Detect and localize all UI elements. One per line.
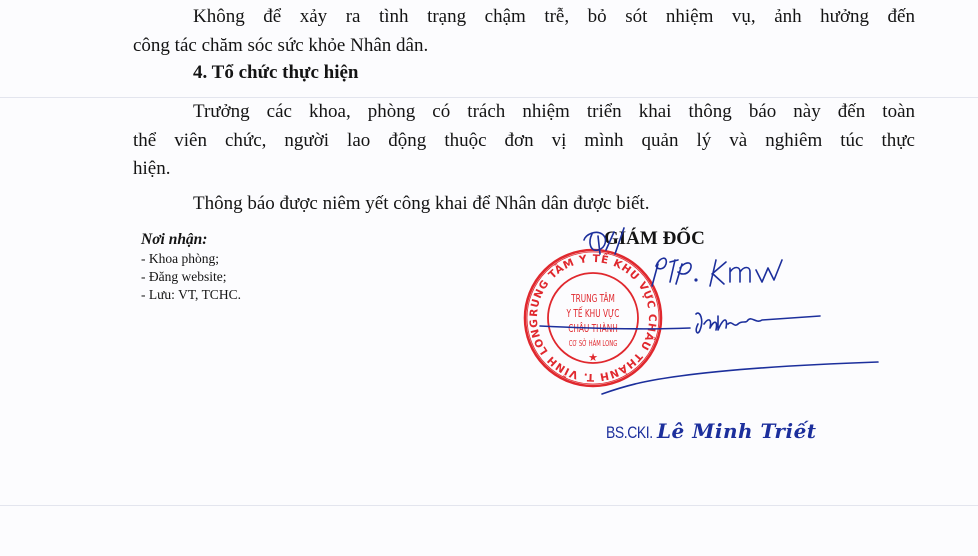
recipient-item: - Đăng website; <box>141 268 241 286</box>
recipients-block: Nơi nhận: - Khoa phòng; - Đăng website; … <box>141 231 241 304</box>
paragraph-2-line-3: hiện. <box>133 159 170 178</box>
scan-artifact-line <box>0 505 978 506</box>
stamp-line-3: CHÂU THÀNH <box>568 322 618 335</box>
signer-name-block: BS.CKI. Lê Minh Triết <box>606 419 817 443</box>
scan-artifact-line <box>0 97 978 98</box>
paragraph-1-line-2: công tác chăm sóc sức khỏe Nhân dân. <box>133 36 428 55</box>
paragraph-2-line-1: Trưởng các khoa, phòng có trách nhiệm tr… <box>193 102 915 121</box>
recipient-item: - Lưu: VT, TCHC. <box>141 286 241 304</box>
stamp-star-icon: ★ <box>588 352 598 364</box>
paragraph-3: Thông báo được niêm yết công khai để Nhâ… <box>193 194 649 213</box>
official-stamp: TRUNG TÂM Y TẾ KHU VỰC CHÂU THÀNH T. VĨN… <box>522 247 664 389</box>
stamp-line-1: TRUNG TÂM <box>570 292 615 305</box>
recipient-item: - Khoa phòng; <box>141 250 241 268</box>
paragraph-2-line-2: thể viên chức, người lao động thuộc đơn … <box>133 131 915 150</box>
document-page: Không để xảy ra tình trạng chậm trễ, bỏ … <box>0 0 978 556</box>
paragraph-1-line-1: Không để xảy ra tình trạng chậm trễ, bỏ … <box>193 7 915 26</box>
stamp-line-4: CƠ SỞ HÀM LONG <box>569 337 618 348</box>
section-heading: 4. Tổ chức thực hiện <box>193 62 359 84</box>
recipients-title: Nơi nhận: <box>141 231 241 249</box>
signer-name: Lê Minh Triết <box>657 419 817 443</box>
stamp-line-2: Y TẾ KHU VỰC <box>566 307 620 320</box>
signer-prefix: BS.CKI. <box>606 423 653 443</box>
